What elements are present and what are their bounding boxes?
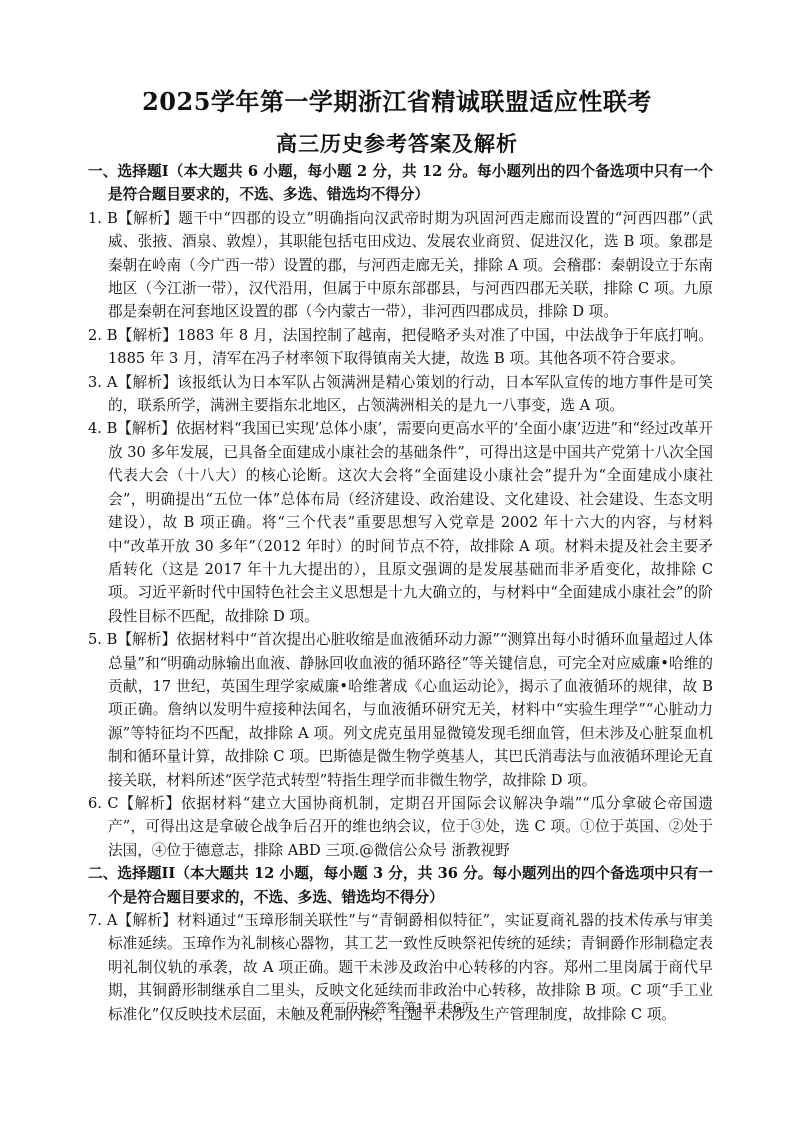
section-heading-1: 一、选择题I（本大题共 6 小题，每小题 2 分，共 12 分。每小题列出的四个… — [88, 160, 713, 207]
answer-item-5: 5. B【解析】依据材料中“首次提出心脏收缩是血液循环动力源”“测算出每小时循环… — [88, 628, 713, 792]
answer-item-2: 2. B【解析】1883 年 8 月，法国控制了越南，把侵略矛头对准了中国，中法… — [88, 324, 713, 371]
answer-content: 一、选择题I（本大题共 6 小题，每小题 2 分，共 12 分。每小题列出的四个… — [88, 160, 713, 1026]
document-title: 2025学年第一学期浙江省精诚联盟适应性联考 — [0, 82, 794, 117]
page-footer: 高三历史 答案 第1页 共6页 — [0, 998, 794, 1016]
answer-item-4: 4. B【解析】依据材料“我国已实现‘总体小康’，需要向更高水平的‘全面小康’迈… — [88, 417, 713, 628]
answer-item-3: 3. A【解析】该报纸认为日本军队占领满洲是精心策划的行动，日本军队宣传的地方事… — [88, 371, 713, 418]
document-subtitle: 高三历史参考答案及解析 — [0, 128, 794, 158]
section-heading-2: 二、选择题II（本大题共 12 小题，每小题 3 分，共 36 分。每小题列出的… — [88, 862, 713, 909]
document-page: 2025学年第一学期浙江省精诚联盟适应性联考 高三历史参考答案及解析 一、选择题… — [0, 0, 794, 1123]
answer-item-1: 1. B【解析】题干中“四郡的设立”明确指向汉武帝时期为巩固河西走廊而设置的“河… — [88, 207, 713, 324]
answer-item-6: 6. C【解析】依据材料“建立大国协商机制，定期召开国际会议解决争端”“瓜分拿破… — [88, 792, 713, 862]
